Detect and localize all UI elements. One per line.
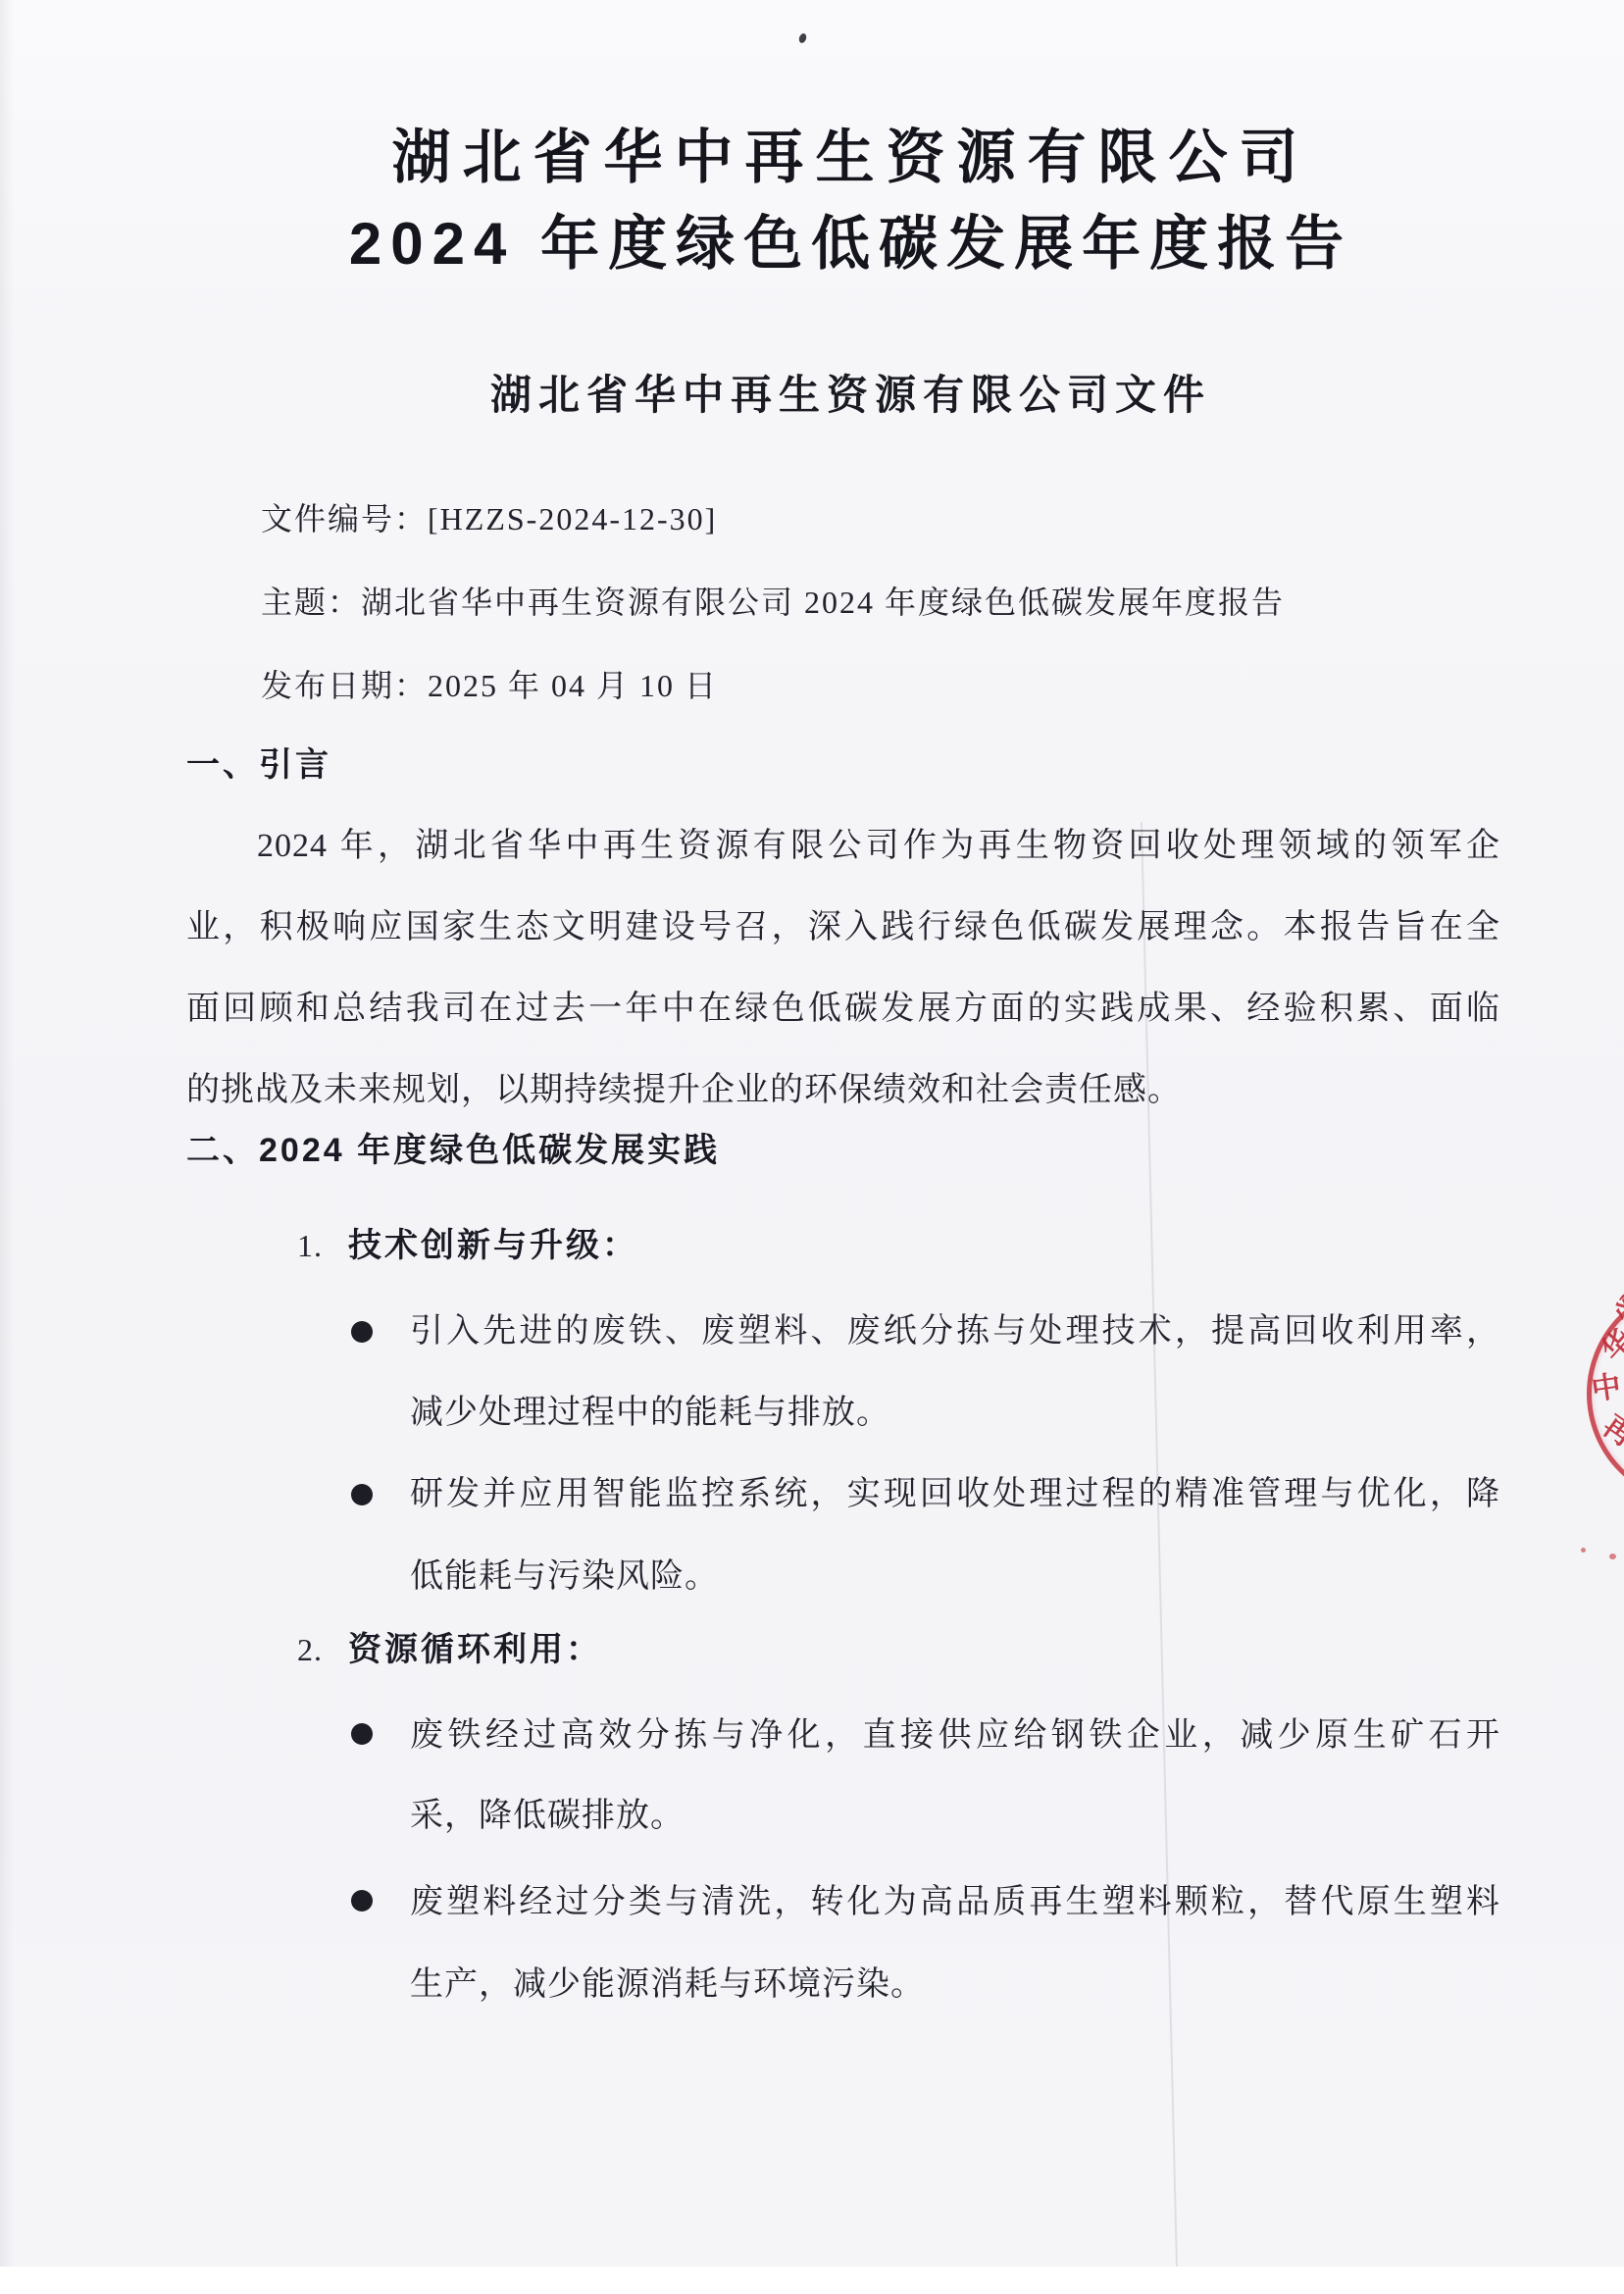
- item-number: 2.: [297, 1632, 323, 1667]
- bullet-line: 引入先进的废铁、废塑料、废纸分拣与处理技术，提高回收利用率，: [410, 1312, 1500, 1351]
- meta-publish-date-label: 发布日期：: [261, 668, 428, 703]
- bullet-line: 废塑料经过分类与清洗，转化为高品质再生塑料颗粒，替代原生塑料: [410, 1883, 1500, 1921]
- meta-subject-value: 湖北省华中再生资源有限公司 2024 年度绿色低碳发展年度报告: [361, 585, 1285, 620]
- bullet-dot: [351, 1890, 373, 1912]
- bullet-line: 低能耗与污染风险。: [410, 1557, 719, 1596]
- meta-publish-date-value: 2025 年 04 月 10 日: [428, 668, 718, 703]
- document-title-line-1: 湖北省华中再生资源有限公司: [186, 128, 1515, 187]
- document-subtitle: 湖北省华中再生资源有限公司文件: [186, 375, 1515, 416]
- intro-paragraph-line: 2024 年，湖北省华中再生资源有限公司作为再生物资回收处理领域的领军企: [186, 827, 1500, 865]
- bullet-line: 生产，减少能源消耗与环境污染。: [410, 1965, 925, 2004]
- meta-doc-number-label: 文件编号：: [261, 501, 428, 536]
- bullet-line: 减少处理过程中的能耗与排放。: [410, 1394, 890, 1432]
- red-seal-ink-speck: [1581, 1548, 1586, 1553]
- meta-subject-line: 主题：湖北省华中再生资源有限公司 2024 年度绿色低碳发展年度报告: [261, 586, 1285, 620]
- item-number: 1.: [297, 1228, 323, 1263]
- bullet-line: 废铁经过高效分拣与净化，直接供应给钢铁企业，减少原生矿石开: [410, 1716, 1500, 1755]
- intro-paragraph-line: 的挑战及未来规划，以期持续提升企业的环保绩效和社会责任感。: [186, 1071, 1500, 1109]
- meta-subject-label: 主题：: [261, 585, 361, 620]
- meta-doc-number-value: [HZZS-2024-12-30]: [428, 501, 717, 536]
- red-seal-ink-speck: [1609, 1554, 1616, 1559]
- section-heading-introduction: 一、引言: [186, 747, 331, 784]
- meta-publish-date-line: 发布日期：2025 年 04 月 10 日: [261, 669, 718, 703]
- item-label: 技术创新与升级：: [348, 1227, 638, 1264]
- scan-left-edge-shadow: [0, 0, 14, 2294]
- document-title-line-2: 2024 年度绿色低碳发展年度报告: [186, 215, 1515, 274]
- scan-dust-speck: [798, 32, 808, 44]
- meta-doc-number-line: 文件编号：[HZZS-2024-12-30]: [261, 502, 717, 536]
- numbered-item-resource-recycling: 2.资源循环利用：: [297, 1632, 602, 1668]
- scan-vertical-line-artifact: [1141, 822, 1178, 2269]
- intro-paragraph-line: 业，积极响应国家生态文明建设号召，深入践行绿色低碳发展理念。本报告旨在全: [186, 908, 1500, 946]
- red-seal-character: 中: [1590, 1372, 1623, 1405]
- scan-bottom-white-strip: [0, 2267, 1624, 2294]
- bullet-line: 研发并应用智能监控系统，实现回收处理过程的精准管理与优化，降: [410, 1475, 1500, 1513]
- bullet-dot: [351, 1321, 373, 1343]
- section-heading-practices: 二、2024 年度绿色低碳发展实践: [186, 1133, 720, 1169]
- numbered-item-tech-innovation: 1.技术创新与升级：: [297, 1228, 638, 1264]
- bullet-line: 采，降低碳排放。: [410, 1797, 685, 1835]
- item-label: 资源循环利用：: [348, 1631, 602, 1668]
- scanned-document-page: 湖北省华中再生资源有限公司 2024 年度绿色低碳发展年度报告 湖北省华中再生资…: [0, 0, 1624, 2294]
- bullet-dot: [351, 1484, 373, 1505]
- bullet-dot: [351, 1723, 373, 1745]
- intro-paragraph-line: 面回顾和总结我司在过去一年中在绿色低碳发展方面的实践成果、经验积累、面临: [186, 990, 1500, 1028]
